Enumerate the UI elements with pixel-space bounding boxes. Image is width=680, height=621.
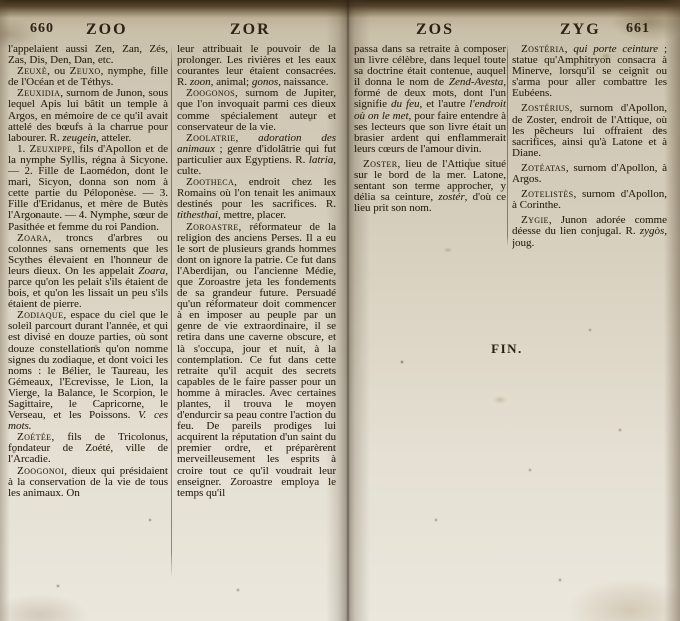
dictionary-entry: Zoster, lieu de l'Attique situé sur le b… [354,159,506,214]
entry-text: , espace du ciel que le soleil parcourt … [8,309,168,421]
entry-text: , fils d'Apollon et de la nymphe Syllis,… [8,143,168,233]
dictionary-entry: Zodiaque, espace du ciel que le soleil p… [8,310,168,432]
dictionary-entry: Zoogonoi, dieux qui présidaient à la con… [8,466,168,499]
running-title-zoo: ZOO [86,21,128,39]
dictionary-entry: Zotéatas, surnom d'Apollon, à Argos. [512,163,667,185]
running-title-zor: ZOR [230,21,271,39]
dictionary-entry: Zoolatrie, adoration des animaux ; genre… [177,133,336,177]
dictionary-entry: passa dans sa retraite à composer un liv… [354,44,506,155]
italic-term: latria [309,154,333,166]
dictionary-entry: Zoogonos, surnom de Jupiter, que l'on in… [177,88,336,132]
dictionary-entry: Zoara, troncs d'arbres ou colonnes sans … [8,233,168,311]
entry-text: l'appelaient aussi Zen, Zan, Zés, Zas, D… [8,44,168,66]
dictionary-entry: l'appelaient aussi Zen, Zan, Zés, Zas, D… [8,44,168,66]
dictionary-entry: Zostéria, qui porte ceinture ; statue qu… [512,44,667,99]
entry-text: , réformateur de la religion des anciens… [177,221,336,499]
left-page-column-2: leur attribuait le pouvoir de la prolong… [177,44,336,578]
dictionary-entry: Zoroastre, réformateur de la religion de… [177,222,336,499]
dictionary-entry: leur attribuait le pouvoir de la prolong… [177,44,336,88]
fin-label: FIN. [346,341,668,357]
dictionary-entry: Zygie, Junon adorée comme déesse du lien… [512,215,667,248]
dictionary-entry: Zeuxidia, surnom de Junon, sous lequel A… [8,88,168,143]
running-title-zyg: ZYG [560,21,601,39]
dictionary-entry: Zotelistès, surnom d'Apollon, à Corinthe… [512,189,667,211]
dictionary-entry: Zoétée, fils de Tricolonus, fondateur de… [8,432,168,465]
dictionary-entry: 1. Zeuxippe, fils d'Apollon et de la nym… [8,144,168,233]
right-page-column-1: passa dans sa retraite à composer un liv… [354,44,506,578]
page-number-660: 660 [30,21,54,37]
left-page-column-1: l'appelaient aussi Zen, Zan, Zés, Zas, D… [8,44,168,578]
dictionary-entry: Zostérius, surnom d'Apollon, de Zoster, … [512,103,667,158]
italic-term: zygòs [640,225,664,237]
right-page-column-2: Zostéria, qui porte ceinture ; statue qu… [512,44,667,578]
dictionary-entry: Zeuxè, ou Zeuxo, nymphe, fille de l'Océa… [8,66,168,88]
page-number-661: 661 [626,21,650,37]
dictionary-entry: Zootheca, endroit chez les Romains où l'… [177,177,336,221]
running-title-zos: ZOS [416,21,454,39]
column-rule-left-page [171,44,172,578]
column-rule-right-page [507,44,508,246]
italic-term: zostér [438,191,464,203]
